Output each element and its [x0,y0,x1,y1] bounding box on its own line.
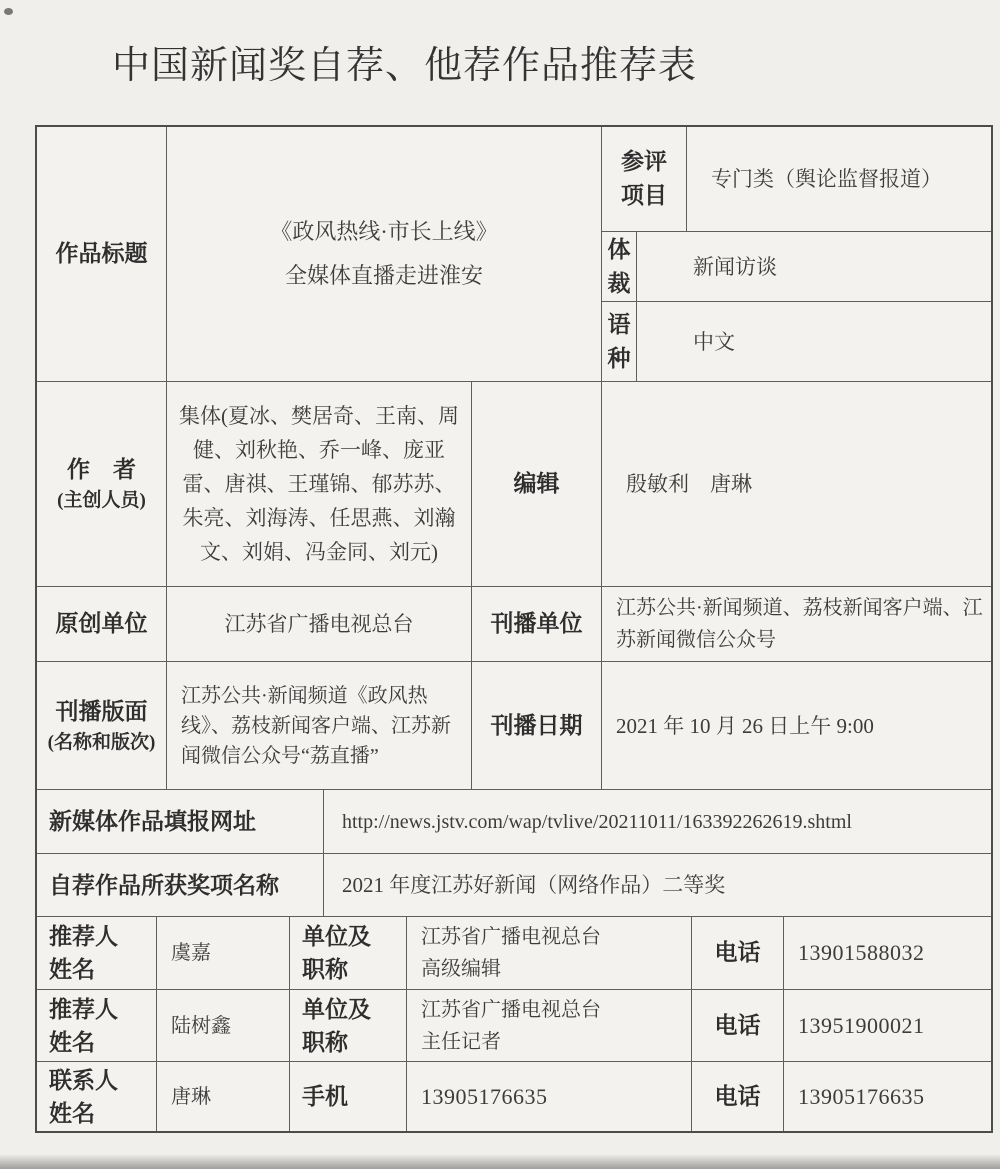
language-label: 语种 [602,302,637,381]
recommendation-form-table: 作品标题 《政风热线·市长上线》 全媒体直播走进淮安 参评 项目 专门类（舆论监… [35,125,993,1133]
work-title-label: 作品标题 [37,127,167,381]
row-original-unit: 原创单位 江苏省广播电视总台 刊播单位 江苏公共·新闻频道、荔枝新闻客户端、江苏… [37,587,991,662]
row-award: 自荐作品所获奖项名称 2021 年度江苏好新闻（网络作品）二等奖 [37,854,991,917]
publish-date-value: 2021 年 10 月 26 日上午 9:00 [602,662,991,789]
recommender2-unit-label: 单位及 职称 [290,990,407,1061]
genre-label: 体裁 [602,232,637,301]
entry-item-label: 参评 项目 [602,127,687,231]
original-unit-value: 江苏省广播电视总台 [167,587,472,661]
subrow-language: 语种 中文 [602,302,991,381]
scan-edge-shadow [0,1154,1000,1169]
subrow-entry-item: 参评 项目 专门类（舆论监督报道） [602,127,991,232]
genre-value: 新闻访谈 [637,232,991,301]
publish-unit-value: 江苏公共·新闻频道、荔枝新闻客户端、江苏新闻微信公众号 [602,587,991,661]
contact-phone-label: 电话 [692,1062,784,1131]
contact-mobile-value: 13905176635 [407,1062,692,1131]
contact-mobile-label: 手机 [290,1062,407,1131]
recommender1-role-label: 推荐人 姓名 [37,917,157,989]
contact-phone: 13905176635 [784,1062,991,1131]
recommender1-unit-label: 单位及 职称 [290,917,407,989]
recommender1-unit-value: 江苏省广播电视总台 高级编辑 [407,917,692,989]
work-title-value: 《政风热线·市长上线》 全媒体直播走进淮安 [167,127,602,381]
entry-item-value: 专门类（舆论监督报道） [687,127,991,231]
publish-page-label-sub: (名称和版次) [48,729,156,757]
row-publish-page: 刊播版面 (名称和版次) 江苏公共·新闻频道《政风热线》、荔枝新闻客户端、江苏新… [37,662,991,790]
contact-name: 唐琳 [157,1062,290,1131]
original-unit-label: 原创单位 [37,587,167,661]
page-title: 中国新闻奖自荐、他荐作品推荐表 [112,34,697,89]
recommender2-role-label: 推荐人 姓名 [37,990,157,1061]
recommender2-phone-label: 电话 [692,990,784,1061]
url-value: http://news.jstv.com/wap/tvlive/20211011… [324,790,991,853]
row-work-title: 作品标题 《政风热线·市长上线》 全媒体直播走进淮安 参评 项目 专门类（舆论监… [37,127,991,382]
row-recommender-2: 推荐人 姓名 陆树鑫 单位及 职称 江苏省广播电视总台 主任记者 电话 1395… [37,990,991,1062]
recommender2-name: 陆树鑫 [157,990,290,1061]
publish-page-label: 刊播版面 (名称和版次) [37,662,167,789]
row-recommender-1: 推荐人 姓名 虞嘉 单位及 职称 江苏省广播电视总台 高级编辑 电话 13901… [37,917,991,990]
recommender1-phone: 13901588032 [784,917,991,989]
editor-label: 编辑 [472,382,602,586]
authors-label-sub: (主创人员) [57,487,146,515]
language-value: 中文 [637,302,991,381]
publish-page-label-main: 刊播版面 [56,695,148,729]
award-value: 2021 年度江苏好新闻（网络作品）二等奖 [324,854,991,916]
authors-value: 集体(夏冰、樊居奇、王南、周健、刘秋艳、乔一峰、庞亚雷、唐祺、王瑾锦、郁苏苏、朱… [167,382,472,586]
url-label: 新媒体作品填报网址 [37,790,324,853]
subrow-genre: 体裁 新闻访谈 [602,232,991,302]
recommender2-unit-value: 江苏省广播电视总台 主任记者 [407,990,692,1061]
row-contact-person: 联系人 姓名 唐琳 手机 13905176635 电话 13905176635 [37,1062,991,1131]
entry-genre-language-stack: 参评 项目 专门类（舆论监督报道） 体裁 新闻访谈 语种 中文 [602,127,991,381]
publish-unit-label: 刊播单位 [472,587,602,661]
contact-role-label: 联系人 姓名 [37,1062,157,1131]
recommender1-name: 虞嘉 [157,917,290,989]
editor-value: 殷敏利 唐琳 [602,382,991,586]
authors-label-main: 作 者 [67,453,136,487]
row-url: 新媒体作品填报网址 http://news.jstv.com/wap/tvliv… [37,790,991,854]
row-authors: 作 者 (主创人员) 集体(夏冰、樊居奇、王南、周健、刘秋艳、乔一峰、庞亚雷、唐… [37,382,991,587]
recommender2-phone: 13951900021 [784,990,991,1061]
publish-date-label: 刊播日期 [472,662,602,789]
authors-label: 作 者 (主创人员) [37,382,167,586]
recommender1-phone-label: 电话 [692,917,784,989]
award-label: 自荐作品所获奖项名称 [37,854,324,916]
publish-page-value: 江苏公共·新闻频道《政风热线》、荔枝新闻客户端、江苏新闻微信公众号“荔直播” [167,662,472,789]
scan-artifact [4,8,13,15]
